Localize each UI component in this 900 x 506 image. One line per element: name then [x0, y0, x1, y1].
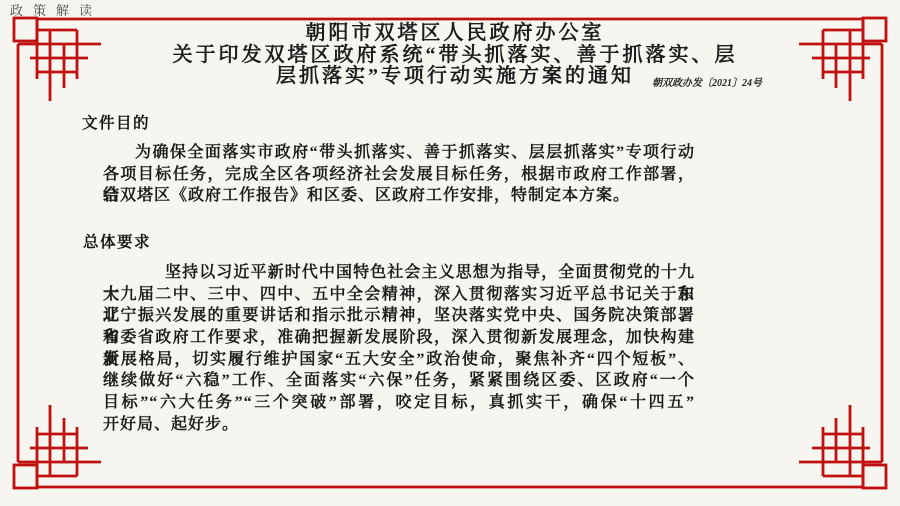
paragraph-line: 目标”“六大任务”“三个突破”部署，咬定目标，真抓实干，确保“十四五”	[103, 392, 695, 414]
section-heading-purpose: 文件目的	[82, 111, 150, 133]
document-number: 朝双政办发〔2021〕24号	[652, 74, 762, 89]
corner-label: 政策解读	[10, 0, 102, 19]
title-line-1: 朝阳市双塔区人民政府办公室	[10, 23, 900, 45]
paragraph-line: 辽宁振兴发展的重要讲话和指示批示精神，坚决落实党中央、国务院决策部署和	[103, 305, 695, 327]
paragraph-line: 各项目标任务，完成全区各项经济社会发展目标任务，根据市政府工作部署，结	[103, 164, 695, 186]
corner-lattice-icon	[799, 405, 886, 488]
section-heading-overall-requirements: 总体要求	[83, 230, 151, 252]
paragraph-line: 十九届二中、三中、四中、五中全会精神，深入贯彻落实习近平总书记关于东北、	[103, 284, 695, 306]
paragraph-line: 继续做好“六稳”工作、全面落实“六保”任务，紧紧围绕区委、区政府“一个	[103, 370, 695, 392]
paragraph-line: 发展格局，切实履行维护国家“五大安全”政治使命，聚焦补齐“四个短板”、	[103, 349, 695, 371]
paragraph-line: 坚持以习近平新时代中国特色社会主义思想为指导，全面贯彻党的十九大和	[103, 262, 695, 284]
section-paragraph-overall-requirements: 坚持以习近平新时代中国特色社会主义思想为指导，全面贯彻党的十九大和 十九届二中、…	[103, 262, 695, 436]
paragraph-line: 合双塔区《政府工作报告》和区委、区政府工作安排，特制定本方案。	[103, 185, 695, 207]
section-paragraph-purpose: 为确保全面落实市政府“带头抓落实、善于抓落实、层层抓落实”专项行动 各项目标任务…	[103, 142, 695, 207]
title-line-2: 关于印发双塔区政府系统“带头抓落实、善于抓落实、层	[10, 45, 900, 67]
paragraph-line: 为确保全面落实市政府“带头抓落实、善于抓落实、层层抓落实”专项行动	[103, 142, 695, 164]
title-line-3: 层抓落实”专项行动实施方案的通知	[10, 66, 900, 88]
document-title: 朝阳市双塔区人民政府办公室 关于印发双塔区政府系统“带头抓落实、善于抓落实、层 …	[0, 23, 900, 88]
paragraph-line: 省委省政府工作要求，准确把握新发展阶段，深入贯彻新发展理念，加快构建新	[103, 327, 695, 349]
corner-lattice-icon	[14, 405, 101, 488]
document-page: 政策解读 朝阳市双塔区人民政府办公室 关于印发双塔区政府系统“带头抓落实、善于抓…	[0, 0, 900, 506]
